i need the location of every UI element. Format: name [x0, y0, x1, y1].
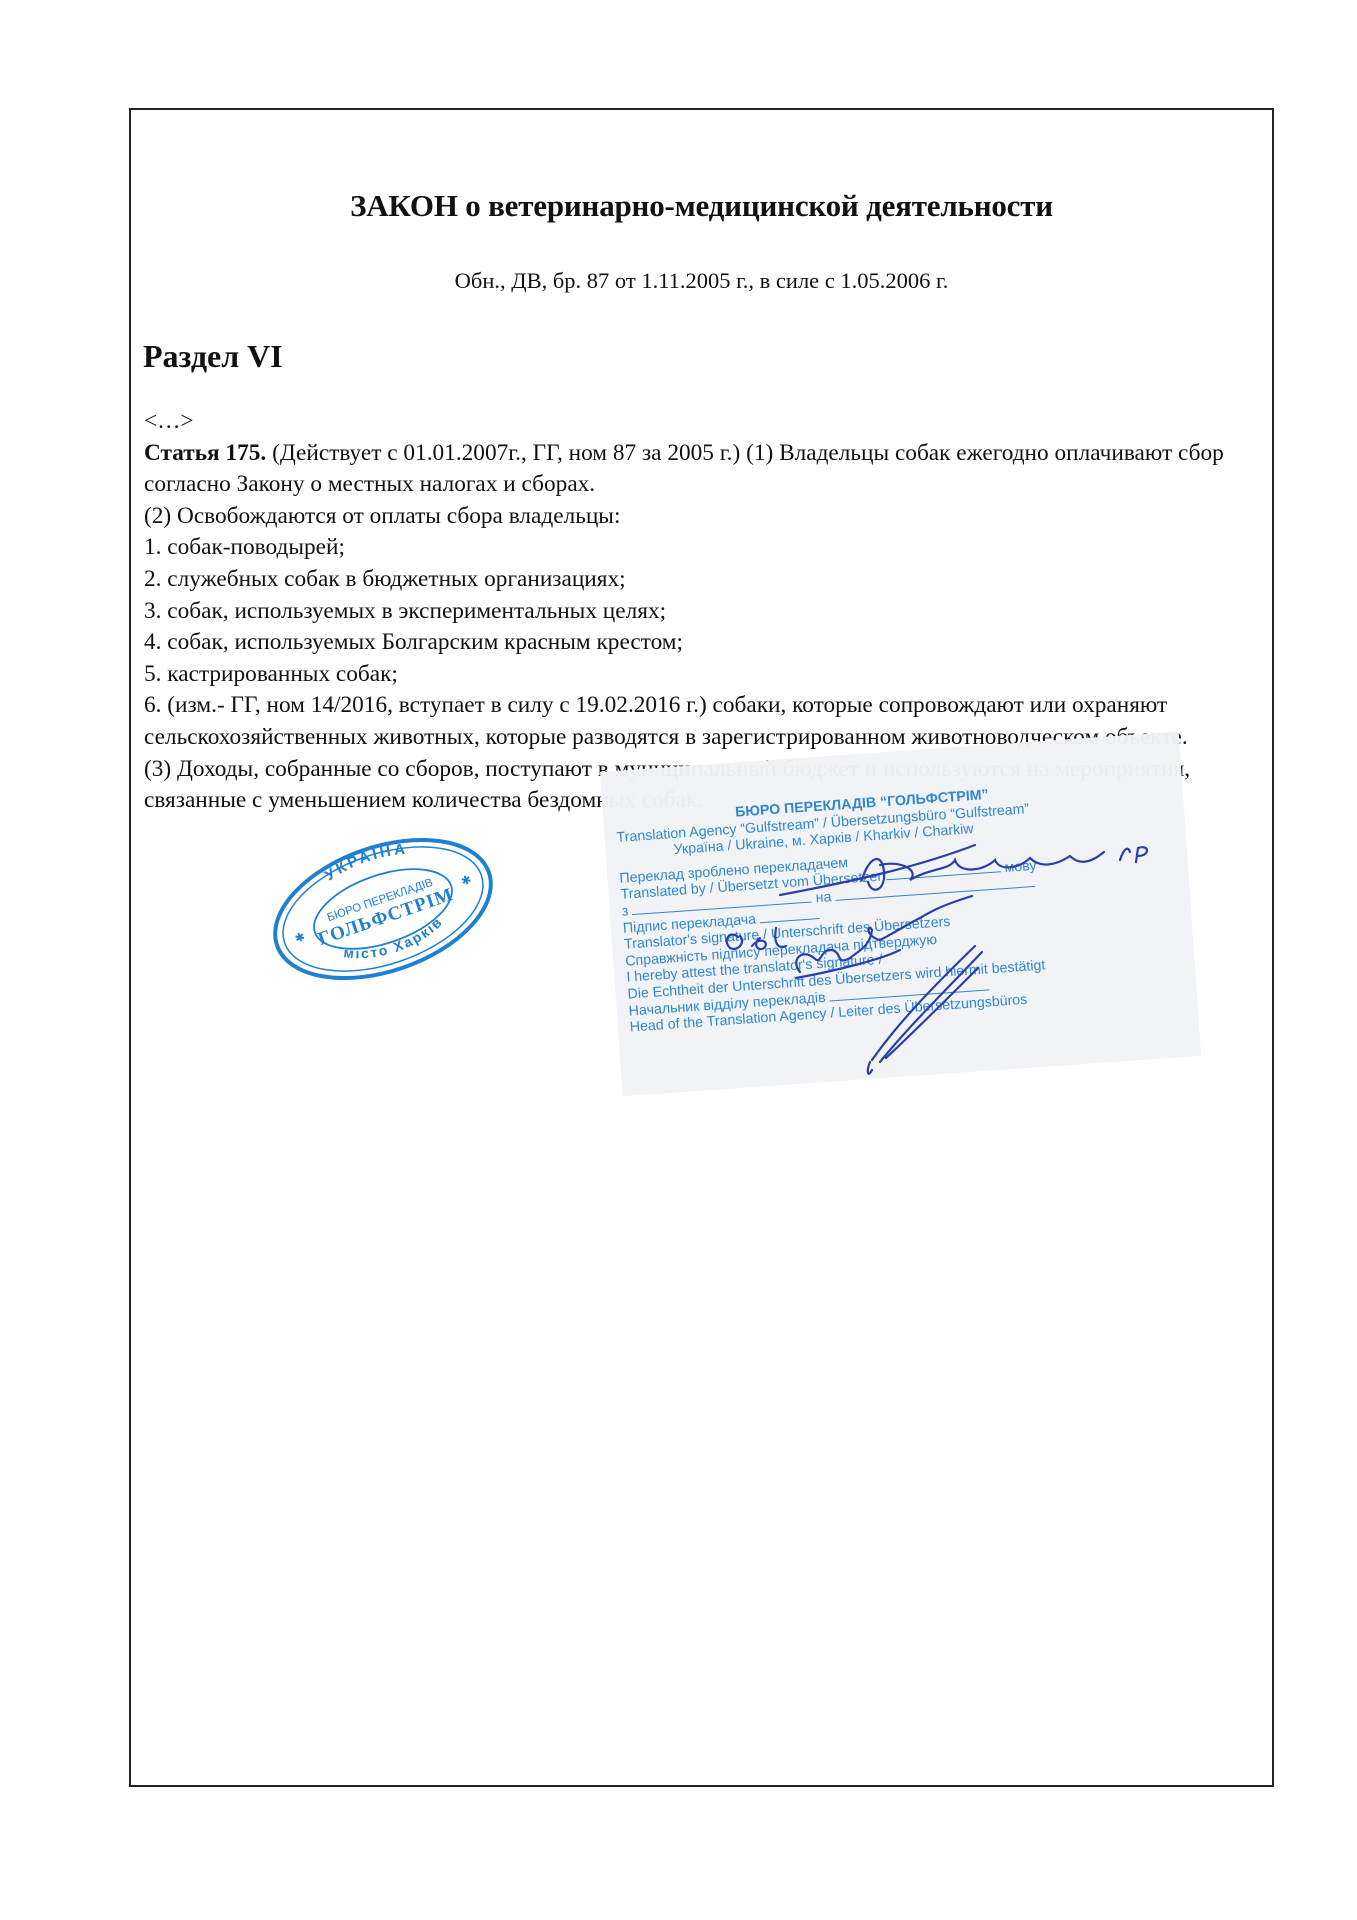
publication-info: Обн., ДВ, бр. 87 от 1.11.2005 г., в силе…	[129, 268, 1274, 294]
section-heading: Раздел VI	[143, 338, 283, 375]
exemption-item: 4. собак, используемых Болгарским красны…	[144, 627, 1254, 659]
star-icon: ✱	[459, 872, 473, 889]
stamp-language-suffix: мову	[1004, 858, 1037, 876]
star-icon: ✱	[293, 929, 307, 946]
article-175: Статья 175. (Действует с 01.01.2007г., Г…	[144, 438, 1254, 501]
article-text: (Действует с 01.01.2007г., ГГ, ном 87 за…	[144, 440, 1224, 498]
omission-marker: <…>	[144, 406, 1254, 438]
exemption-item: 5. кастрированных собак;	[144, 659, 1254, 691]
translation-certification-stamp: БЮРО ПЕРЕКЛАДІВ “ГОЛЬФСТРІМ” Translation…	[600, 732, 1201, 1097]
paragraph-2-intro: (2) Освобождаются от оплаты сбора владел…	[144, 501, 1254, 533]
exemption-item: 3. собак, используемых в экспериментальн…	[144, 596, 1254, 628]
article-label: Статья 175.	[144, 440, 266, 466]
exemption-item: 2. служебных собак в бюджетных организац…	[144, 564, 1254, 596]
document-title: ЗАКОН о ветеринарно-медицинской деятельн…	[129, 188, 1274, 224]
exemption-item: 1. собак-поводырей;	[144, 532, 1254, 564]
